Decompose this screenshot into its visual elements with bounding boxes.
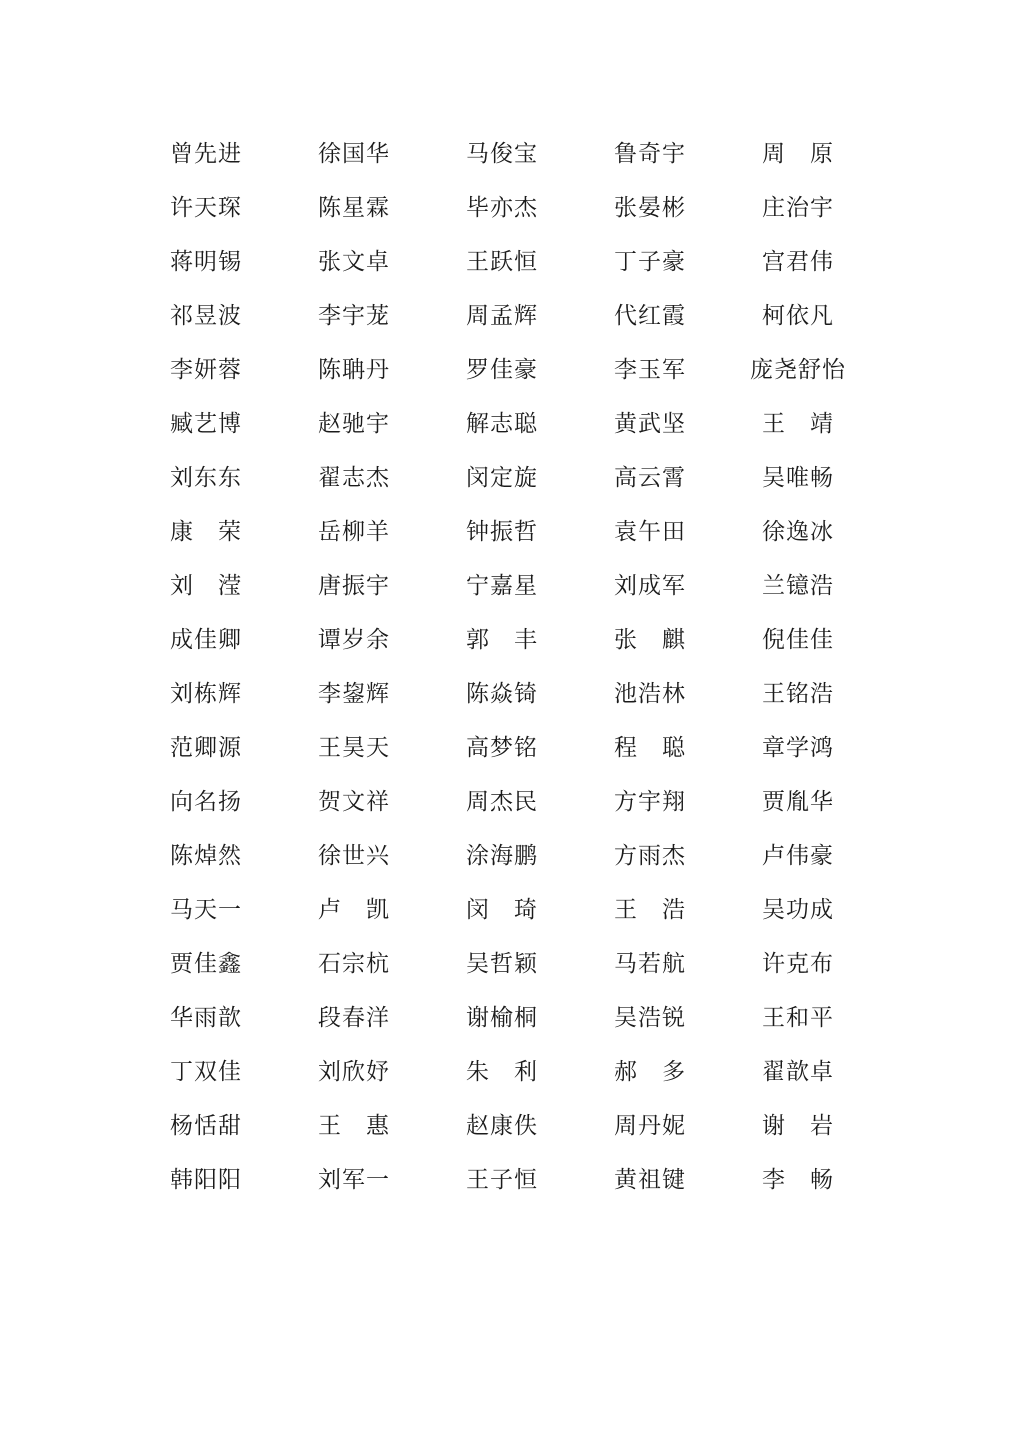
name-cell: 康 荣 [132, 504, 280, 558]
name-cell: 王 浩 [576, 882, 724, 936]
name-cell: 鲁奇宇 [576, 126, 724, 180]
name-cell: 刘栋辉 [132, 666, 280, 720]
name-cell: 李 畅 [724, 1152, 872, 1206]
name-cell: 许天琛 [132, 180, 280, 234]
name-cell: 朱 利 [428, 1044, 576, 1098]
name-cell: 范卿源 [132, 720, 280, 774]
name-cell: 闵定旋 [428, 450, 576, 504]
name-cell: 王子恒 [428, 1152, 576, 1206]
name-grid: 曾先进徐国华马俊宝鲁奇宇周 原许天琛陈星霖毕亦杰张晏彬庄治宇蒋明锡张文卓王跃恒丁… [132, 126, 872, 1206]
name-cell: 丁双佳 [132, 1044, 280, 1098]
name-cell: 唐振宇 [280, 558, 428, 612]
name-cell: 吴功成 [724, 882, 872, 936]
name-cell: 陈星霖 [280, 180, 428, 234]
name-cell: 许克布 [724, 936, 872, 990]
name-cell: 池浩林 [576, 666, 724, 720]
name-cell: 柯依凡 [724, 288, 872, 342]
name-cell: 刘军一 [280, 1152, 428, 1206]
name-cell: 徐国华 [280, 126, 428, 180]
name-cell: 赵驰宇 [280, 396, 428, 450]
name-cell: 马俊宝 [428, 126, 576, 180]
name-cell: 高梦铭 [428, 720, 576, 774]
name-cell: 刘 滢 [132, 558, 280, 612]
name-cell: 王跃恒 [428, 234, 576, 288]
name-cell: 罗佳豪 [428, 342, 576, 396]
name-cell: 李妍蓉 [132, 342, 280, 396]
name-cell: 刘东东 [132, 450, 280, 504]
name-cell: 张文卓 [280, 234, 428, 288]
name-cell: 翟志杰 [280, 450, 428, 504]
name-cell: 石宗杭 [280, 936, 428, 990]
name-cell: 毕亦杰 [428, 180, 576, 234]
name-cell: 涂海鹏 [428, 828, 576, 882]
name-cell: 谢榆桐 [428, 990, 576, 1044]
name-cell: 周杰民 [428, 774, 576, 828]
name-cell: 曾先进 [132, 126, 280, 180]
name-cell: 陈焯然 [132, 828, 280, 882]
name-cell: 卢伟豪 [724, 828, 872, 882]
name-cell: 庄治宇 [724, 180, 872, 234]
name-cell: 宁嘉星 [428, 558, 576, 612]
name-cell: 蒋明锡 [132, 234, 280, 288]
name-cell: 陈焱锜 [428, 666, 576, 720]
name-cell: 刘成军 [576, 558, 724, 612]
name-cell: 解志聪 [428, 396, 576, 450]
name-cell: 向名扬 [132, 774, 280, 828]
name-cell: 丁子豪 [576, 234, 724, 288]
name-cell: 吴浩锐 [576, 990, 724, 1044]
name-cell: 高云霄 [576, 450, 724, 504]
name-cell: 李玉军 [576, 342, 724, 396]
name-cell: 祁昱波 [132, 288, 280, 342]
name-cell: 贺文祥 [280, 774, 428, 828]
name-cell: 郭 丰 [428, 612, 576, 666]
name-cell: 王 靖 [724, 396, 872, 450]
name-cell: 臧艺博 [132, 396, 280, 450]
name-cell: 周孟辉 [428, 288, 576, 342]
name-cell: 章学鸿 [724, 720, 872, 774]
name-cell: 谭岁余 [280, 612, 428, 666]
name-cell: 吴唯畅 [724, 450, 872, 504]
name-cell: 王铭浩 [724, 666, 872, 720]
name-cell: 陈聃丹 [280, 342, 428, 396]
name-cell: 周丹妮 [576, 1098, 724, 1152]
name-cell: 王 惠 [280, 1098, 428, 1152]
name-cell: 徐世兴 [280, 828, 428, 882]
name-cell: 华雨歆 [132, 990, 280, 1044]
name-cell: 郝 多 [576, 1044, 724, 1098]
name-cell: 黄武坚 [576, 396, 724, 450]
name-cell: 黄祖键 [576, 1152, 724, 1206]
name-cell: 王昊天 [280, 720, 428, 774]
name-cell: 李宇茏 [280, 288, 428, 342]
name-cell: 吴哲颖 [428, 936, 576, 990]
name-cell: 庞尧舒怡 [724, 342, 872, 396]
name-cell: 赵康佚 [428, 1098, 576, 1152]
name-cell: 段春洋 [280, 990, 428, 1044]
name-cell: 倪佳佳 [724, 612, 872, 666]
name-cell: 杨恬甜 [132, 1098, 280, 1152]
name-cell: 王和平 [724, 990, 872, 1044]
name-cell: 岳柳羊 [280, 504, 428, 558]
name-cell: 谢 岩 [724, 1098, 872, 1152]
name-cell: 李鋆辉 [280, 666, 428, 720]
name-cell: 钟振哲 [428, 504, 576, 558]
name-cell: 成佳卿 [132, 612, 280, 666]
name-cell: 闵 琦 [428, 882, 576, 936]
name-cell: 卢 凯 [280, 882, 428, 936]
name-cell: 袁午田 [576, 504, 724, 558]
name-cell: 马若航 [576, 936, 724, 990]
name-cell: 马天一 [132, 882, 280, 936]
name-cell: 韩阳阳 [132, 1152, 280, 1206]
name-cell: 方雨杰 [576, 828, 724, 882]
name-cell: 翟歆卓 [724, 1044, 872, 1098]
document-page: 曾先进徐国华马俊宝鲁奇宇周 原许天琛陈星霖毕亦杰张晏彬庄治宇蒋明锡张文卓王跃恒丁… [0, 0, 1024, 1448]
name-cell: 贾胤华 [724, 774, 872, 828]
name-cell: 张 麒 [576, 612, 724, 666]
name-cell: 张晏彬 [576, 180, 724, 234]
name-cell: 宫君伟 [724, 234, 872, 288]
name-cell: 刘欣妤 [280, 1044, 428, 1098]
name-cell: 方宇翔 [576, 774, 724, 828]
name-cell: 徐逸冰 [724, 504, 872, 558]
name-cell: 程 聪 [576, 720, 724, 774]
name-cell: 兰镱浩 [724, 558, 872, 612]
name-cell: 代红霞 [576, 288, 724, 342]
name-cell: 贾佳鑫 [132, 936, 280, 990]
name-cell: 周 原 [724, 126, 872, 180]
